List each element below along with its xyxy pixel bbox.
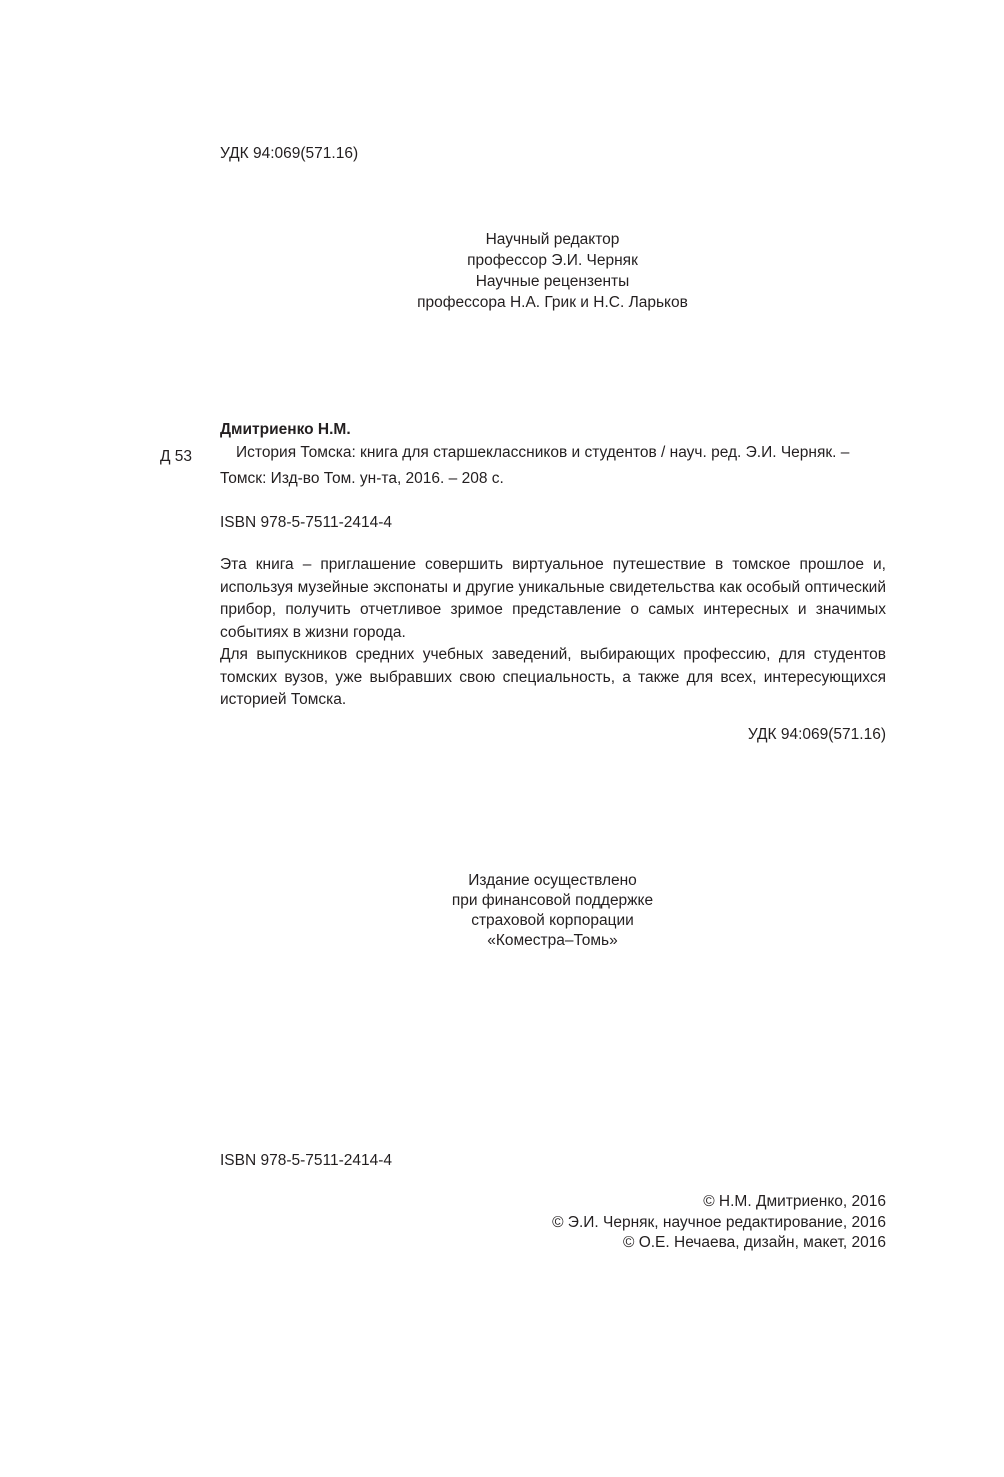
- sponsor-line: при финансовой поддержке: [400, 891, 705, 911]
- udk-code-bottom: УДК 94:069(571.16): [748, 726, 886, 744]
- scientific-editor-label: Научный редактор: [400, 229, 705, 250]
- sponsor-name: «Коместра–Томь»: [400, 931, 705, 951]
- isbn-catalog: ISBN 978-5-7511-2414-4: [220, 514, 392, 532]
- sponsor-line: Издание осуществлено: [400, 871, 705, 891]
- editors-block: Научный редактор профессор Э.И. Черняк Н…: [400, 229, 705, 313]
- sponsor-line: страховой корпорации: [400, 911, 705, 931]
- reviewers-names: профессора Н.А. Грик и Н.С. Ларьков: [400, 292, 705, 313]
- isbn-bottom: ISBN 978-5-7511-2414-4: [220, 1152, 392, 1170]
- scientific-editor-name: профессор Э.И. Черняк: [400, 250, 705, 271]
- abstract-paragraph-1: Эта книга – приглашение совершить виртуа…: [220, 554, 886, 644]
- copyright-line: © О.Е. Нечаева, дизайн, макет, 2016: [552, 1233, 886, 1254]
- bibliographic-line-2: Томск: Изд-во Том. ун-та, 2016. – 208 с.: [220, 470, 504, 488]
- copyright-block: © Н.М. Дмитриенко, 2016 © Э.И. Черняк, н…: [552, 1192, 886, 1254]
- catalog-code: Д 53: [160, 448, 192, 466]
- reviewers-label: Научные рецензенты: [400, 271, 705, 292]
- sponsor-block: Издание осуществлено при финансовой подд…: [400, 871, 705, 951]
- copyright-line: © Н.М. Дмитриенко, 2016: [552, 1192, 886, 1213]
- abstract-block: Эта книга – приглашение совершить виртуа…: [220, 554, 886, 712]
- bibliographic-line-1: История Томска: книга для старшеклассник…: [236, 444, 849, 462]
- copyright-line: © Э.И. Черняк, научное редактирование, 2…: [552, 1213, 886, 1234]
- udk-code-top: УДК 94:069(571.16): [220, 145, 358, 163]
- abstract-paragraph-2: Для выпускников средних учебных заведени…: [220, 644, 886, 712]
- catalog-author: Дмитриенко Н.М.: [220, 421, 351, 439]
